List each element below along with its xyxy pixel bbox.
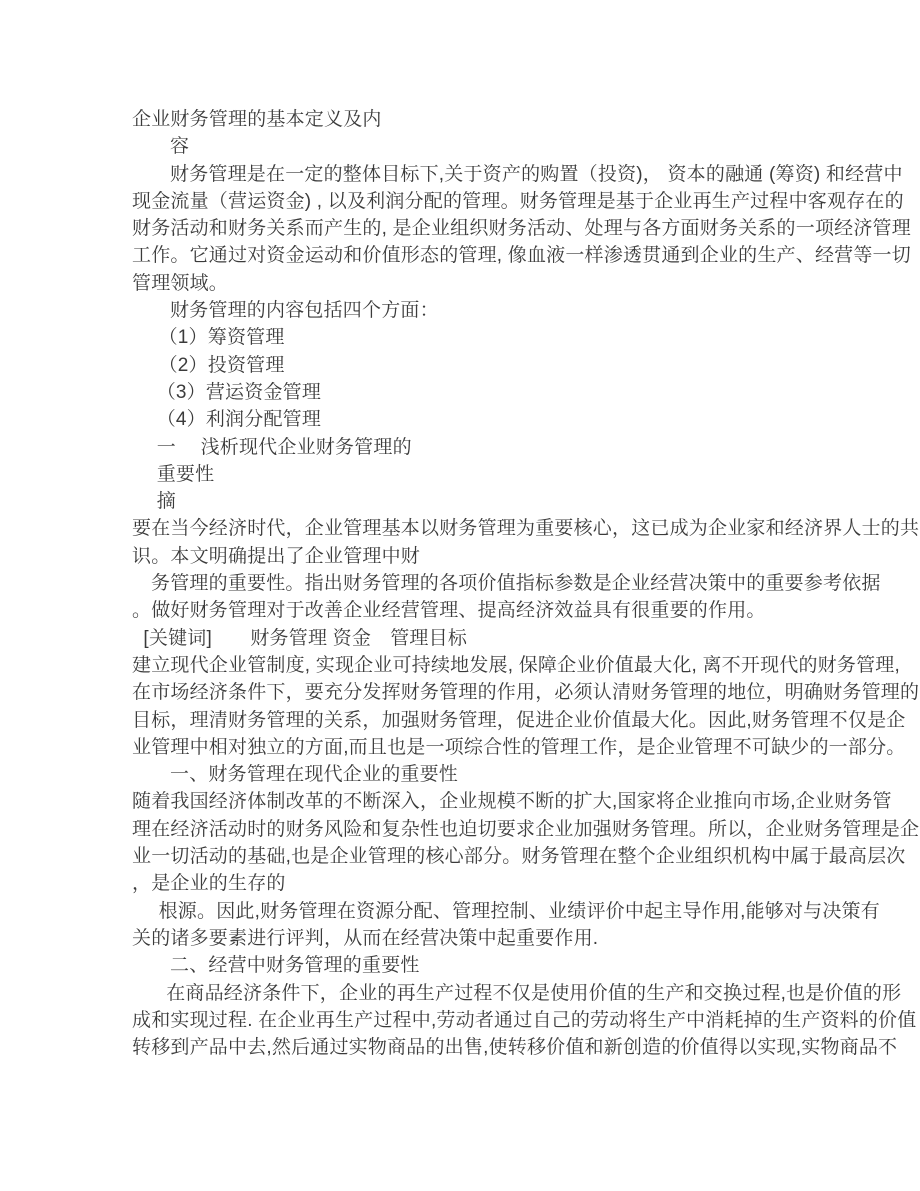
document-line: 财务管理是在一定的整体目标下,关于资产的购置（投资)， 资本的融通 (筹资) 和… — [132, 161, 812, 188]
document-line: 在商品经济条件下，企业的再生产过程不仅是使用价值的生产和交换过程,也是价值的形 — [132, 980, 812, 1007]
document-line: 关的诸多要素进行评判，从而在经营决策中起重要作用. — [132, 925, 812, 952]
document-page: 企业财务管理的基本定义及内容财务管理是在一定的整体目标下,关于资产的购置（投资)… — [0, 0, 920, 1191]
document-line: （3）营运资金管理 — [132, 379, 812, 406]
document-line: 财务活动和财务关系而产生的, 是企业组织财务活动、处理与各方面财务关系的一项经济… — [132, 215, 812, 242]
document-line: [关键词] 财务管理 资金 管理目标 — [132, 625, 812, 652]
document-line: 容 — [132, 133, 812, 160]
document-line: 重要性 — [132, 461, 812, 488]
document-line: （4）利润分配管理 — [132, 406, 812, 433]
document-line: 二、经营中财务管理的重要性 — [132, 952, 812, 979]
document-line: 建立现代企业管制度, 实现企业可持续地发展, 保障企业价值最大化, 离不开现代的… — [132, 652, 812, 679]
document-line: 随着我国经济体制改革的不断深入，企业规模不断的扩大,国家将企业推向市场,企业财务… — [132, 788, 812, 815]
document-line: 一、财务管理在现代企业的重要性 — [132, 761, 812, 788]
document-line: 财务管理的内容包括四个方面： — [132, 297, 812, 324]
document-line: 管理领域。 — [132, 270, 812, 297]
document-line: 工作。它通过对资金运动和价值形态的管理, 像血液一样渗透贯通到企业的生产、经营等… — [132, 242, 812, 269]
document-line: （1）筹资管理 — [132, 324, 812, 351]
document-line: 目标，理清财务管理的关系，加强财务管理，促进企业价值最大化。因此,财务管理不仅是… — [132, 707, 812, 734]
document-line: 理在经济活动时的财务风险和复杂性也迫切要求企业加强财务管理。所以，企业财务管理是… — [132, 816, 812, 843]
document-line: 务管理的重要性。指出财务管理的各项价值指标参数是企业经营决策中的重要参考依据 — [132, 570, 812, 597]
document-line: 识。本文明确提出了企业管理中财 — [132, 543, 812, 570]
document-line: 业管理中相对独立的方面,而且也是一项综合性的管理工作，是企业管理不可缺少的一部分… — [132, 734, 812, 761]
document-text-block: 企业财务管理的基本定义及内容财务管理是在一定的整体目标下,关于资产的购置（投资)… — [132, 106, 812, 1061]
document-line: 业一切活动的基础,也是企业管理的核心部分。财务管理在整个企业组织机构中属于最高层… — [132, 843, 812, 870]
document-line: 成和实现过程. 在企业再生产过程中,劳动者通过自己的劳动将生产中消耗掉的生产资料… — [132, 1007, 812, 1034]
document-line: 要在当今经济时代，企业管理基本以财务管理为重要核心，这已成为企业家和经济界人士的… — [132, 515, 812, 542]
document-line: ，是企业的生存的 — [132, 870, 812, 897]
document-line: 摘 — [132, 488, 812, 515]
document-line: （2）投资管理 — [132, 352, 812, 379]
document-line: 现金流量（营运资金) , 以及利润分配的管理。财务管理是基于企业再生产过程中客观… — [132, 188, 812, 215]
document-line: 在市场经济条件下，要充分发挥财务管理的作用，必须认清财务管理的地位，明确财务管理… — [132, 679, 812, 706]
document-line: 转移到产品中去,然后通过实物商品的出售,使转移价值和新创造的价值得以实现,实物商… — [132, 1034, 812, 1061]
document-line: 根源。因此,财务管理在资源分配、管理控制、业绩评价中起主导作用,能够对与决策有 — [132, 898, 812, 925]
document-line: 企业财务管理的基本定义及内 — [132, 106, 812, 133]
document-line: 。做好财务管理对于改善企业经营管理、提高经济效益具有很重要的作用。 — [132, 597, 812, 624]
document-line: 一 浅析现代企业财务管理的 — [132, 434, 812, 461]
